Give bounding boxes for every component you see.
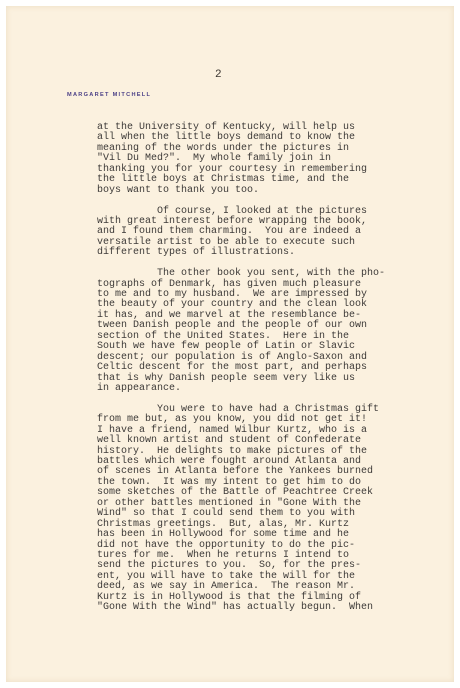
- letterhead: MARGARET MITCHELL: [67, 92, 151, 98]
- text-line: in appearance.: [97, 384, 427, 394]
- text-line: boys want to thank you too.: [97, 186, 427, 196]
- paragraph: at the University of Kentucky, will help…: [97, 123, 427, 196]
- text-line: The other book you sent, with the pho-: [97, 269, 427, 279]
- text-line: well known artist and student of Confede…: [97, 436, 427, 446]
- page-number: 2: [215, 69, 222, 81]
- text-line: has been in Hollywood for some time and …: [97, 530, 427, 540]
- text-line: different types of illustrations.: [97, 248, 427, 258]
- letter-body: at the University of Kentucky, will help…: [97, 123, 427, 624]
- text-line: Celtic descent for the most part, and pe…: [97, 363, 427, 373]
- paragraph: The other book you sent, with the pho-to…: [97, 269, 427, 394]
- text-line: "Gone With the Wind" has actually begun.…: [97, 603, 427, 613]
- paragraph: Of course, I looked at the pictureswith …: [97, 207, 427, 259]
- paragraph: You were to have had a Christmas giftfro…: [97, 405, 427, 614]
